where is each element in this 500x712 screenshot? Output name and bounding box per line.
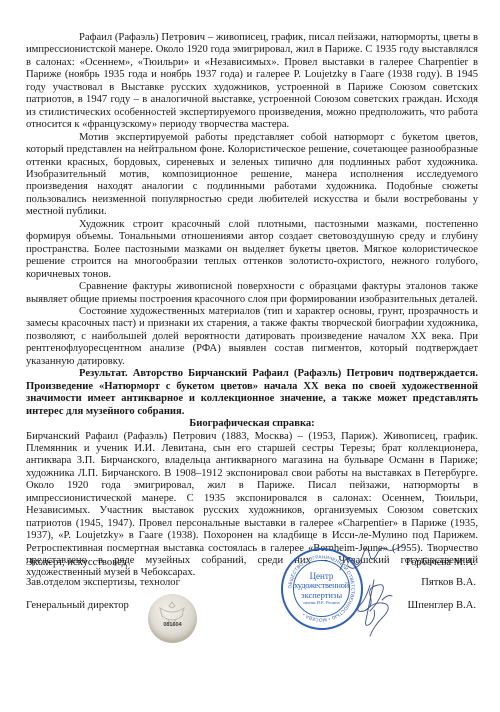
handwritten-signatures [330,540,420,650]
signature-role-technologist: Зав.отделом экспертизы, технолог [26,577,180,588]
paragraph-materials-dating: Состояние художественных материалов (тип… [26,306,478,368]
paragraph-result: Результат. Авторство Бирчанский Рафаил (… [26,368,478,418]
hologram-sticker: 081604 [148,594,197,643]
signature-name-technologist: Пятков В.А. [421,577,476,588]
paragraph-texture-comparison: Сравнение фактуры живописной поверхности… [26,281,478,306]
appraisal-document-page: Рафаил (Рафаэль) Петрович – живописец, г… [0,0,500,712]
hologram-number: 081604 [148,622,197,628]
paragraph-motif: Мотив экспертируемой работы представляет… [26,132,478,219]
paragraph-technique: Художник строит красочный слой плотными,… [26,219,478,281]
document-body: Рафаил (Рафаэль) Петрович – живописец, г… [26,32,478,580]
double-eagle-emblem-icon [148,594,197,643]
signature-role-expert: Эксперт, искусствовед [26,557,127,568]
paragraph-artist-overview: Рафаил (Рафаэль) Петрович – живописец, г… [26,32,478,132]
signature-role-director: Генеральный директор [26,600,129,611]
bio-heading: Биографическая справка: [26,418,478,430]
